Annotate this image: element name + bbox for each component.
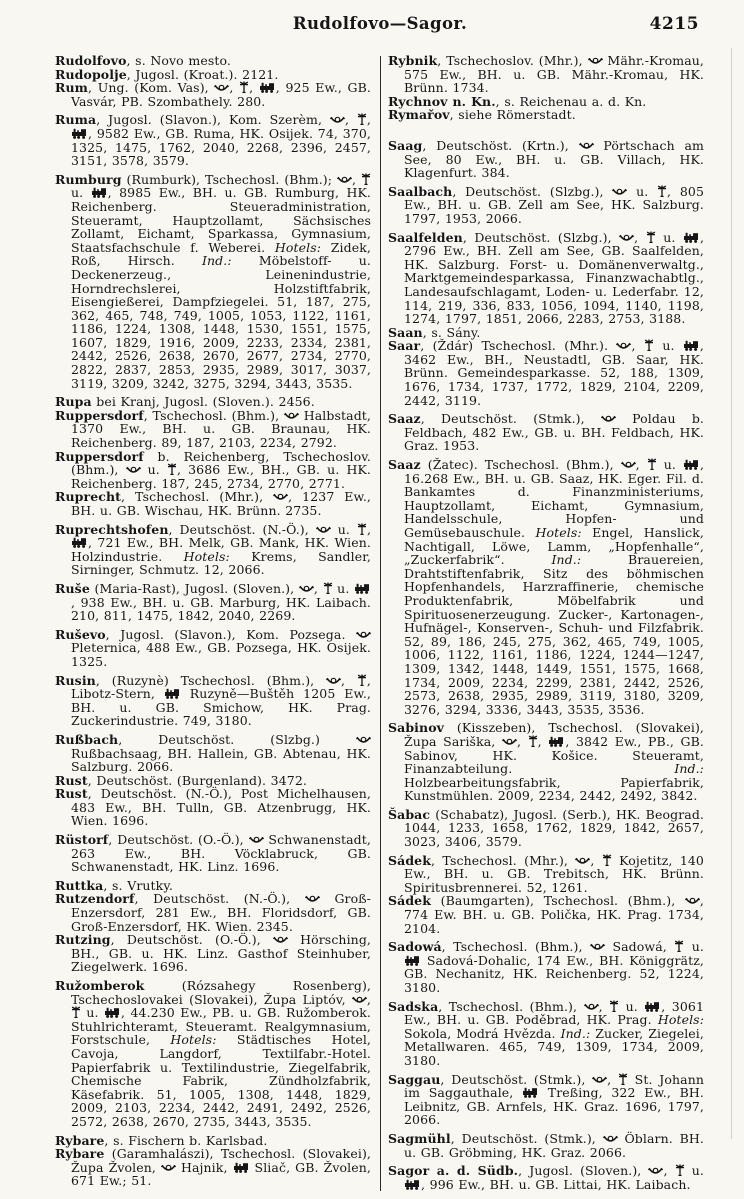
entry-headword: Ruma <box>55 112 96 127</box>
posthorn-icon <box>356 733 371 747</box>
railway-icon <box>683 339 700 353</box>
railway-icon <box>644 1000 661 1014</box>
railway-icon <box>548 735 565 749</box>
directory-entry: Ruševo, Jugosl. (Slavon.), Kom. Pozsega.… <box>55 628 371 669</box>
posthorn-icon <box>648 1164 663 1178</box>
entry-headword: Saaz <box>388 411 421 426</box>
directory-entry: Saaz (Žatec). Tschechosl. (Bhm.), , u. ,… <box>388 458 704 716</box>
posthorn-icon <box>502 735 517 749</box>
directory-entry: Ruprecht, Tschechosl. (Mhr.), , 1237 Ew.… <box>55 490 371 517</box>
directory-entry: Saalfelden, Deutschöst. (Slzbg.), , u. ,… <box>388 231 704 326</box>
posthorn-icon <box>330 113 345 127</box>
posthorn-icon <box>621 458 636 472</box>
posthorn-icon <box>352 993 367 1007</box>
entry-headword: Rußbach <box>55 732 118 747</box>
entry-headword: Rutzing <box>55 932 111 947</box>
telegraph-icon <box>657 185 667 199</box>
posthorn-icon <box>612 185 627 199</box>
directory-entry: Rumburg (Rumburk), Tschechosl. (Bhm.); ,… <box>55 173 371 391</box>
telegraph-icon <box>644 339 654 353</box>
directory-entry: Šabac (Schabatz), Jugosl. (Serb.), HK. B… <box>388 808 704 849</box>
directory-entry: Rybare (Garamhalászi), Tschechosl. (Slov… <box>55 1147 371 1188</box>
directory-entry: Sadowá, Tschechosl. (Bhm.), Sadowá, u. S… <box>388 940 704 994</box>
posthorn-icon <box>299 582 314 596</box>
posthorn-icon <box>590 940 605 954</box>
entry-headword: Rüstorf <box>55 832 108 847</box>
telegraph-icon <box>646 231 656 245</box>
directory-entry: Sagor a. d. Südb., Jugosl. (Sloven.), , … <box>388 1164 704 1191</box>
entry-headword: Rutzendorf <box>55 891 134 906</box>
railway-icon <box>91 186 108 200</box>
page-header: Rudolfovo—Sagor. 4215 <box>55 14 705 38</box>
page-edge-line <box>731 48 732 1139</box>
entry-headword: Rybare <box>55 1146 104 1161</box>
directory-entry: Sagmühl, Deutschöst. (Stmk.), Öblarn. BH… <box>388 1132 704 1159</box>
posthorn-icon <box>273 933 288 947</box>
directory-entry: Ruppersdorf b. Reichenberg, Tschechoslov… <box>55 450 371 491</box>
entry-headword: Saalfelden <box>388 230 463 245</box>
telegraph-icon <box>167 463 177 477</box>
posthorn-icon <box>214 81 229 95</box>
posthorn-icon <box>305 892 320 906</box>
posthorn-icon <box>356 628 371 642</box>
posthorn-icon <box>161 1161 176 1175</box>
directory-entry: Ružomberok (Rózsahegy Rosenberg), Tschec… <box>55 979 371 1129</box>
directory-entry: Rüstorf, Deutschöst. (O.-Ö.), Schwanenst… <box>55 833 371 874</box>
posthorn-icon <box>592 1073 607 1087</box>
directory-entry: Rusin, (Ruzynè) Tschechosl. (Bhm.), , , … <box>55 674 371 728</box>
entry-headword: Sagor a. d. Südb. <box>388 1163 518 1178</box>
telegraph-icon <box>675 1164 685 1178</box>
posthorn-icon <box>337 173 352 187</box>
telegraph-icon <box>602 854 612 868</box>
posthorn-icon <box>616 339 631 353</box>
railway-icon <box>404 1178 421 1192</box>
directory-entry: Rymařov, siehe Römerstadt. <box>388 108 704 122</box>
posthorn-icon <box>601 412 616 426</box>
entry-headword: Rum <box>55 80 88 95</box>
entry-headword: Sadowá <box>388 939 442 954</box>
railway-icon <box>233 1161 250 1175</box>
posthorn-icon <box>273 490 288 504</box>
directory-entry: Rutzing, Deutschöst. (O.-Ö.), Hörsching,… <box>55 933 371 974</box>
entry-headword: Ruševo <box>55 627 106 642</box>
railway-icon <box>404 954 421 968</box>
posthorn-icon <box>575 854 590 868</box>
directory-page: Rudolfovo—Sagor. 4215 Rudolfovo, s. Novo… <box>0 0 744 1199</box>
railway-icon <box>259 81 276 95</box>
railway-icon <box>522 1086 539 1100</box>
posthorn-icon <box>619 231 634 245</box>
posthorn-icon <box>284 409 299 423</box>
running-title: Rudolfovo—Sagor. <box>55 14 705 33</box>
telegraph-icon <box>239 81 249 95</box>
directory-entry: Ruppersdorf, Tschechosl. (Bhm.), Halbsta… <box>55 409 371 450</box>
directory-entry: Rust, Deutschöst. (N.-Ö.), Post Michelha… <box>55 787 371 828</box>
directory-entry: Rutzendorf, Deutschöst. (N.-Ö.), Groß-En… <box>55 892 371 933</box>
directory-entry: Saag, Deutschöst. (Krtn.), Pörtschach am… <box>388 139 704 180</box>
entry-headword: Sagmühl <box>388 1131 451 1146</box>
entry-headword: Saaz <box>388 457 421 472</box>
directory-entry: Rum, Ung. (Kom. Vas), , , , 925 Ew., GB.… <box>55 81 371 108</box>
telegraph-icon <box>528 735 538 749</box>
railway-icon <box>104 1006 121 1020</box>
telegraph-icon <box>674 940 684 954</box>
entry-headword: Ruprecht <box>55 489 121 504</box>
entry-headword: Šabac <box>388 807 430 822</box>
directory-entry: Rudolfovo, s. Novo mesto. <box>55 54 371 68</box>
directory-entry: Ruprechtshofen, Deutschöst. (N.-Ö.), u. … <box>55 523 371 577</box>
entry-headword: Saar <box>388 338 420 353</box>
directory-entry: Saar, (Ždár) Tschechosl. (Mhr.). , u. , … <box>388 339 704 407</box>
entry-headword: Saalbach <box>388 184 452 199</box>
posthorn-icon <box>685 894 700 908</box>
entry-headword: Ruppersdorf <box>55 408 144 423</box>
entry-headword: Saag <box>388 138 422 153</box>
railway-icon <box>71 127 88 141</box>
posthorn-icon <box>603 1132 618 1146</box>
telegraph-icon <box>357 113 367 127</box>
directory-entry: Saan, s. Sány. <box>388 326 704 340</box>
text-columns: Rudolfovo, s. Novo mesto.Rudopolje, Jugo… <box>55 54 705 1191</box>
railway-icon <box>164 687 181 701</box>
entry-headword: Saggau <box>388 1072 440 1087</box>
entry-headword: Rust <box>55 786 88 801</box>
directory-entry: Sadska, Tschechosl. (Bhm.), , u. , 3061 … <box>388 1000 704 1068</box>
entry-headword: Rusin <box>55 673 96 688</box>
railway-icon <box>71 536 88 550</box>
directory-entry: Ruma, Jugosl. (Slavon.), Kom. Szerèm, , … <box>55 113 371 167</box>
posthorn-icon <box>126 463 141 477</box>
entry-headword: Ružomberok <box>55 978 144 993</box>
entry-headword: Sádek <box>388 893 431 908</box>
entry-headword: Ruše <box>55 581 90 596</box>
right-column: Rybnik, Tschechoslov. (Mhr.), Mähr.-Krom… <box>388 54 704 1191</box>
entry-headword: Rumburg <box>55 172 122 187</box>
entry-headword: Sádek <box>388 853 431 868</box>
posthorn-icon <box>316 523 331 537</box>
directory-entry: Rudopolje, Jugosl. (Kroat.). 2121. <box>55 68 371 82</box>
telegraph-icon <box>357 523 367 537</box>
directory-entry: Sádek (Baumgarten), Tschechosl. (Bhm.), … <box>388 894 704 935</box>
column-divider <box>380 56 381 1191</box>
posthorn-icon <box>588 54 603 68</box>
posthorn-icon <box>249 833 264 847</box>
entry-headword: Rybnik <box>388 53 437 68</box>
directory-entry: Rybare, s. Fischern b. Karlsbad. <box>55 1134 371 1148</box>
telegraph-icon <box>357 674 367 688</box>
telegraph-icon <box>647 458 657 472</box>
directory-entry: Rybnik, Tschechoslov. (Mhr.), Mähr.-Krom… <box>388 54 704 95</box>
telegraph-icon <box>361 173 371 187</box>
directory-entry: Rupa bei Kranj, Jugosl. (Sloven.). 2456. <box>55 395 371 409</box>
entry-headword: Sadska <box>388 999 438 1014</box>
entry-headword: Sabinov <box>388 720 444 735</box>
directory-entry: Saalbach, Deutschöst. (Slzbg.), u. , 805… <box>388 185 704 226</box>
telegraph-icon <box>323 582 333 596</box>
directory-entry: Rußbach, Deutschöst. (Slzbg.) Rußbachsaa… <box>55 733 371 774</box>
entry-headword: Rymařov <box>388 107 450 122</box>
entry-headword: Ruprechtshofen <box>55 522 169 537</box>
railway-icon <box>683 231 700 245</box>
railway-icon <box>354 582 371 596</box>
railway-icon <box>683 458 700 472</box>
page-number: 4215 <box>650 14 699 34</box>
directory-entry: Saaz, Deutschöst. (Stmk.), Poldau b. Fel… <box>388 412 704 453</box>
directory-entry: Sabinov (Kisszeben), Tschechosl. (Slovak… <box>388 721 704 803</box>
posthorn-icon <box>326 674 341 688</box>
left-column: Rudolfovo, s. Novo mesto.Rudopolje, Jugo… <box>55 54 371 1191</box>
entry-headword: Ruppersdorf <box>55 449 144 464</box>
telegraph-icon <box>618 1073 628 1087</box>
posthorn-icon <box>584 1000 599 1014</box>
directory-entry: Rychnov n. Kn., s. Reichenau a. d. Kn. <box>388 95 704 109</box>
posthorn-icon <box>579 139 594 153</box>
directory-entry: Sádek, Tschechosl. (Mhr.), , Kojetitz, 1… <box>388 854 704 895</box>
telegraph-icon <box>71 1006 81 1020</box>
directory-entry: Saggau, Deutschöst. (Stmk.), , St. Johan… <box>388 1073 704 1127</box>
directory-entry: Ruše (Maria-Rast), Jugosl. (Sloven.), , … <box>55 582 371 623</box>
telegraph-icon <box>609 1000 619 1014</box>
